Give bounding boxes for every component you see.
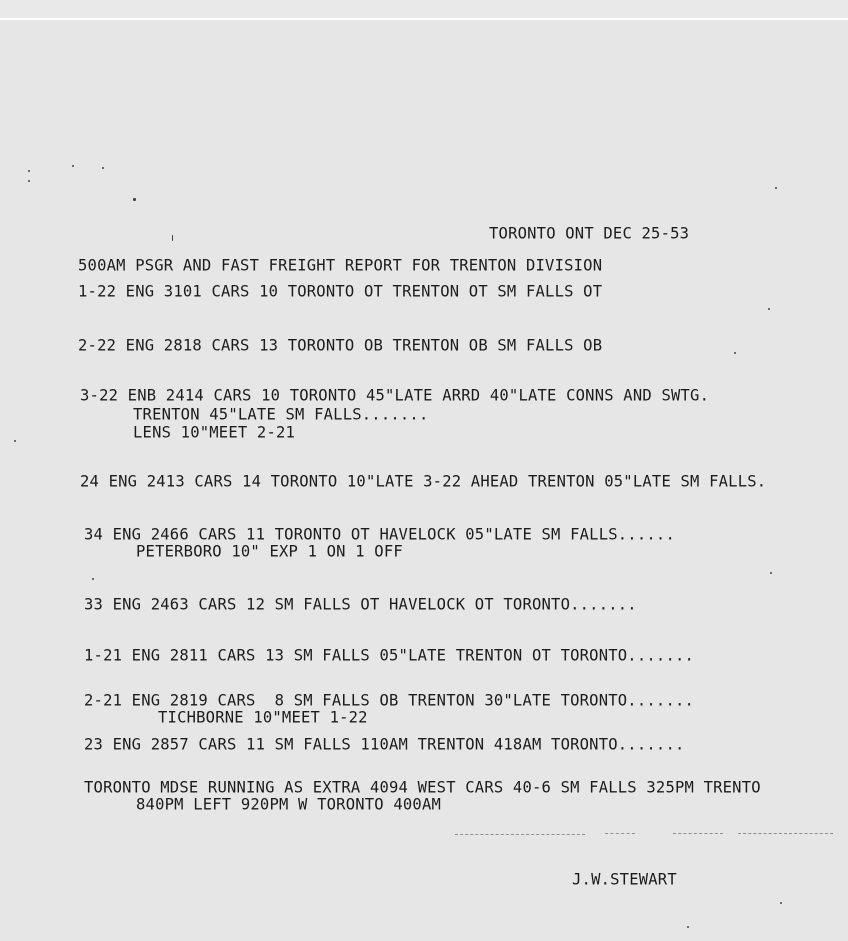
scan-speck — [768, 308, 770, 310]
dashed-rule — [738, 833, 833, 835]
entry-34-line2: PETERBORO 10" EXP 1 ON 1 OFF — [136, 542, 403, 561]
scan-speck — [102, 167, 104, 169]
scan-speck — [172, 235, 173, 241]
scan-speck — [133, 198, 136, 201]
report-title: 500AM PSGR AND FAST FREIGHT REPORT FOR T… — [78, 256, 602, 275]
scan-speck — [770, 572, 772, 574]
dashed-rule — [673, 833, 723, 835]
scan-speck — [28, 170, 30, 172]
entry-2-22: 2-22 ENG 2818 CARS 13 TORONTO OB TRENTON… — [78, 336, 602, 355]
scan-speck — [14, 440, 16, 442]
scan-speck — [28, 180, 30, 182]
entry-3-22-line1: 3-22 ENB 2414 CARS 10 TORONTO 45"LATE AR… — [80, 386, 709, 405]
signature: J.W.STEWART — [572, 870, 677, 889]
entry-33: 33 ENG 2463 CARS 12 SM FALLS OT HAVELOCK… — [84, 595, 637, 614]
typewritten-page: TORONTO ONT DEC 25-53 500AM PSGR AND FAS… — [0, 20, 848, 941]
entry-1-21: 1-21 ENG 2811 CARS 13 SM FALLS 05"LATE T… — [84, 646, 694, 665]
scan-speck — [92, 578, 94, 580]
entry-24: 24 ENG 2413 CARS 14 TORONTO 10"LATE 3-22… — [80, 472, 766, 491]
entry-1-22: 1-22 ENG 3101 CARS 10 TORONTO OT TRENTON… — [78, 282, 602, 301]
scan-speck — [72, 165, 74, 167]
dashed-rule — [455, 834, 585, 836]
scan-speck — [780, 902, 782, 904]
scan-speck — [734, 352, 736, 354]
entry-3-22-line3: LENS 10"MEET 2-21 — [133, 423, 295, 442]
scan-speck — [775, 187, 777, 189]
scan-top-strip — [0, 0, 848, 18]
dashed-rule — [605, 833, 635, 835]
report-header-date: TORONTO ONT DEC 25-53 — [489, 224, 689, 243]
entry-3-22-line2: TRENTON 45"LATE SM FALLS....... — [133, 405, 429, 424]
entry-extra-4094-line2: 840PM LEFT 920PM W TORONTO 400AM — [136, 795, 441, 814]
scan-speck — [687, 926, 689, 928]
entry-23: 23 ENG 2857 CARS 11 SM FALLS 110AM TRENT… — [84, 735, 685, 754]
entry-2-21-line2: TICHBORNE 10"MEET 1-22 — [158, 708, 368, 727]
